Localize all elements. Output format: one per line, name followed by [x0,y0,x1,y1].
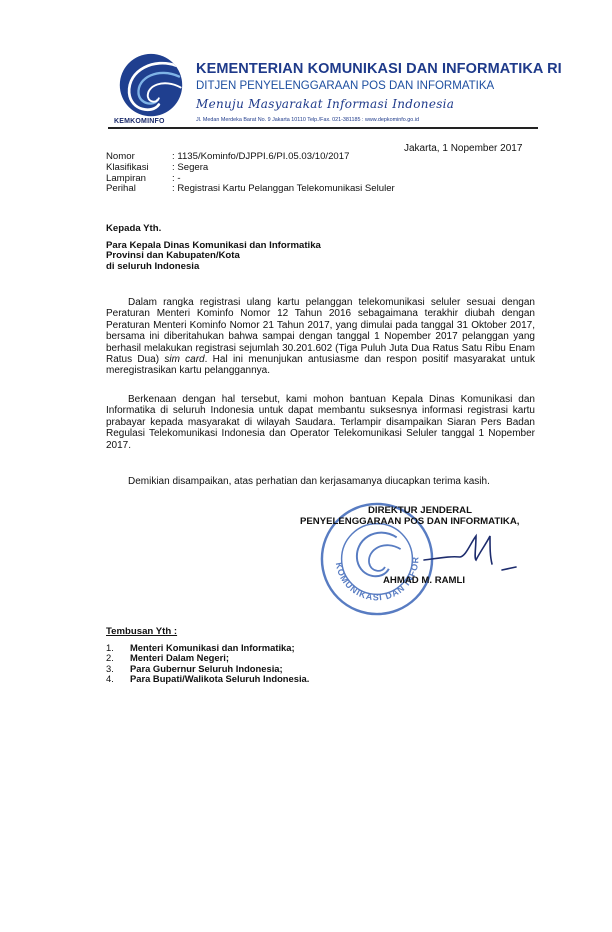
p1-italic: sim card [164,354,204,365]
signatory-title-line1: DIREKTUR JENDERAL [368,505,472,516]
kemkominfo-logo-icon [112,50,190,128]
body-paragraph-2: Berkenaan dengan hal tersebut, kami moho… [106,394,535,451]
addressee-line: di seluruh Indonesia [106,262,321,273]
meta-label: Klasifikasi [106,163,172,174]
signatory-name: AHMAD M. RAMLI [383,575,465,586]
cc-text: Para Bupati/Walikota Seluruh Indonesia. [130,674,309,684]
letter-meta: Nomor : 1135/Kominfo/DJPPI.6/PI.05.03/10… [106,152,395,195]
cc-item: 4. Para Bupati/Walikota Seluruh Indonesi… [106,674,309,684]
letterhead-divider [108,127,538,129]
body-paragraph-3: Demikian disampaikan, atas perhatian dan… [106,476,535,487]
addressee-line: Provinsi dan Kabupaten/Kota [106,251,321,262]
logo-label: KEMKOMINFO [114,118,165,125]
meta-value: : Registrasi Kartu Pelanggan Telekomunik… [172,184,395,195]
addressee-block: Kepada Yth. Para Kepala Dinas Komunikasi… [106,224,321,272]
meta-row-nomor: Nomor : 1135/Kominfo/DJPPI.6/PI.05.03/10… [106,152,395,163]
meta-value: : Segera [172,163,208,174]
meta-label: Perihal [106,184,172,195]
cc-number: 4. [106,674,130,684]
cc-heading: Tembusan Yth : [106,626,177,637]
directorate-title: DITJEN PENYELENGGARAAN POS DAN INFORMATI… [196,80,494,92]
motto: Menuju Masyarakat Informasi Indonesia [196,97,454,111]
meta-row-perihal: Perihal : Registrasi Kartu Pelanggan Tel… [106,184,395,195]
place-date: Jakarta, 1 Nopember 2017 [404,143,522,154]
ministry-title: KEMENTERIAN KOMUNIKASI DAN INFORMATIKA R… [196,61,562,77]
signatory-title-line2: PENYELENGGARAAN POS DAN INFORMATIKA, [300,516,519,527]
cc-list: 1. Menteri Komunikasi dan Informatika; 2… [106,643,309,685]
body-paragraph-1: Dalam rangka registrasi ulang kartu pela… [106,297,535,377]
addressee-greeting: Kepada Yth. [106,224,321,235]
meta-row-klasifikasi: Klasifikasi : Segera [106,163,395,174]
address-line: Jl. Medan Merdeka Barat No. 9 Jakarta 10… [196,117,419,123]
